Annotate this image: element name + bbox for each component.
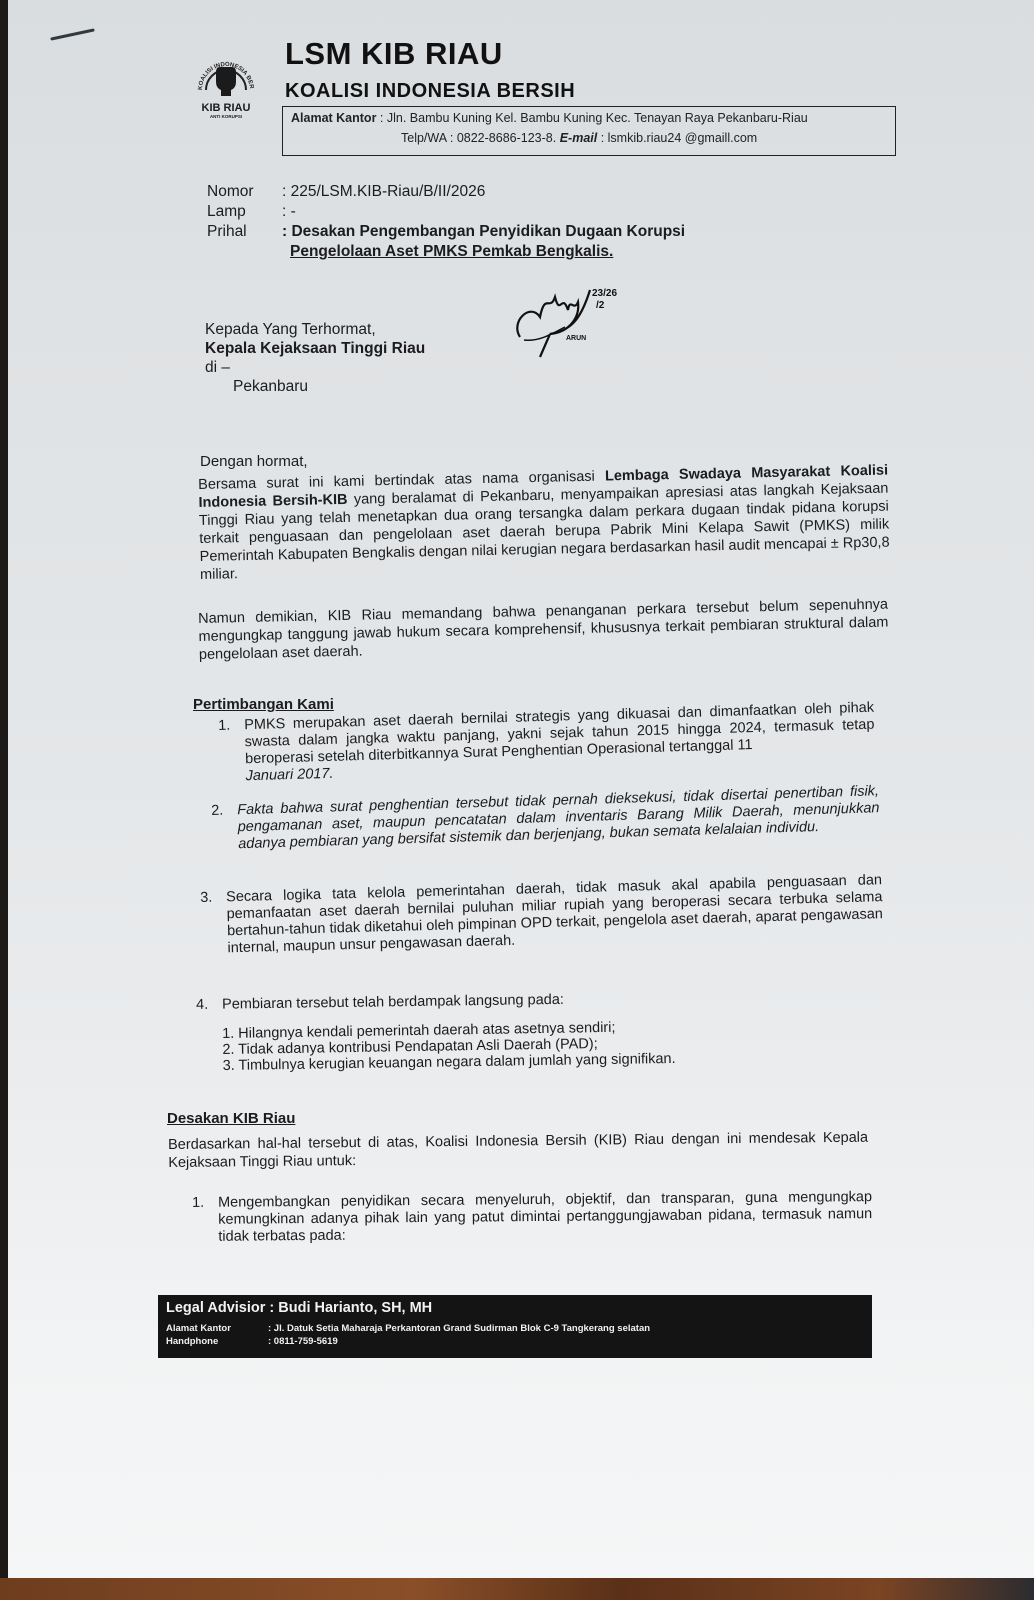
svg-text:ANTI KORUPSI: ANTI KORUPSI [210,114,242,119]
subject: : Desakan Pengembangan Penyidikan Dugaan… [282,222,685,262]
contact-box: Alamat Kantor : Jln. Bambu Kuning Kel. B… [282,106,896,156]
initials: ARUN [566,335,586,342]
paragraph-demand-intro: Berdasarkan hal-hal tersebut di atas, Ko… [168,1129,868,1172]
legal-advisor-footer: Legal Advisior : Budi Harianto, SH, MH A… [158,1295,872,1358]
paragraph-intro: Bersama surat ini kami bertindak atas na… [198,462,890,584]
lamp-value: : - [282,202,296,222]
advisor-office: Alamat Kantor: Jl. Datuk Setia Maharaja … [166,1323,650,1334]
svg-text:/2: /2 [596,300,605,311]
nomor-value: : 225/LSM.KIB-Riau/B/II/2026 [282,182,485,202]
contact-phone-email: Telp/WA : 0822-8686-123-8. E-mail : lsmk… [401,131,757,145]
background-leather [0,1578,1034,1600]
background-edge [0,0,8,1600]
advisor-name: : Budi Harianto, SH, MH [269,1300,432,1316]
section-title-pertimbangan: Pertimbangan Kami [193,696,334,713]
letter-meta: Nomor : 225/LSM.KIB-Riau/B/II/2026 Lamp … [207,182,685,262]
greeting: Dengan hormat, [200,453,308,470]
phone-value: : 0822-8686-123-8. [450,131,556,145]
address-label: Alamat Kantor [291,111,376,125]
section-title-desakan: Desakan KIB Riau [167,1110,295,1127]
org-title: LSM KIB RIAU [285,36,503,72]
recipient: Kepala Kejaksaan Tinggi Riau [205,339,425,358]
email-label: E-mail [560,131,598,145]
raised-fist-icon: KOALISI INDONESIA BERSIH KIB RIAU ANTI K… [192,48,260,120]
svg-text:KIB RIAU: KIB RIAU [202,102,251,114]
meta-lamp: Lamp : - [207,202,685,222]
meta-prihal: Prihal : Desakan Pengembangan Penyidikan… [207,222,685,262]
meta-nomor: Nomor : 225/LSM.KIB-Riau/B/II/2026 [207,182,685,202]
address-value: : Jln. Bambu Kuning Kel. Bambu Kuning Ke… [380,111,808,125]
handwritten-signature: 23/26 /2 ARUN [510,282,650,362]
office-address: Alamat Kantor : Jln. Bambu Kuning Kel. B… [291,111,808,125]
demand-1: 1.Mengembangkan penyidikan secara menyel… [192,1189,873,1256]
impact-list: 1. Hilangnya kendali pemerintah daerah a… [222,1019,676,1074]
date-note: 23/26 [592,288,617,299]
org-logo: KOALISI INDONESIA BERSIH KIB RIAU ANTI K… [192,48,260,120]
advisor-phone: Handphone: 0811-759-5619 [166,1336,338,1347]
org-subtitle: KOALISI INDONESIA BERSIH [285,80,575,103]
phone-label: Telp/WA [401,131,446,145]
email-value: : lsmkib.riau24 @gmaill.com [601,131,757,145]
pen-mark [50,28,95,40]
addressee: Kepada Yang Terhormat, Kepala Kejaksaan … [205,320,425,396]
advisor: Legal Advisior : Budi Harianto, SH, MH [166,1300,432,1316]
